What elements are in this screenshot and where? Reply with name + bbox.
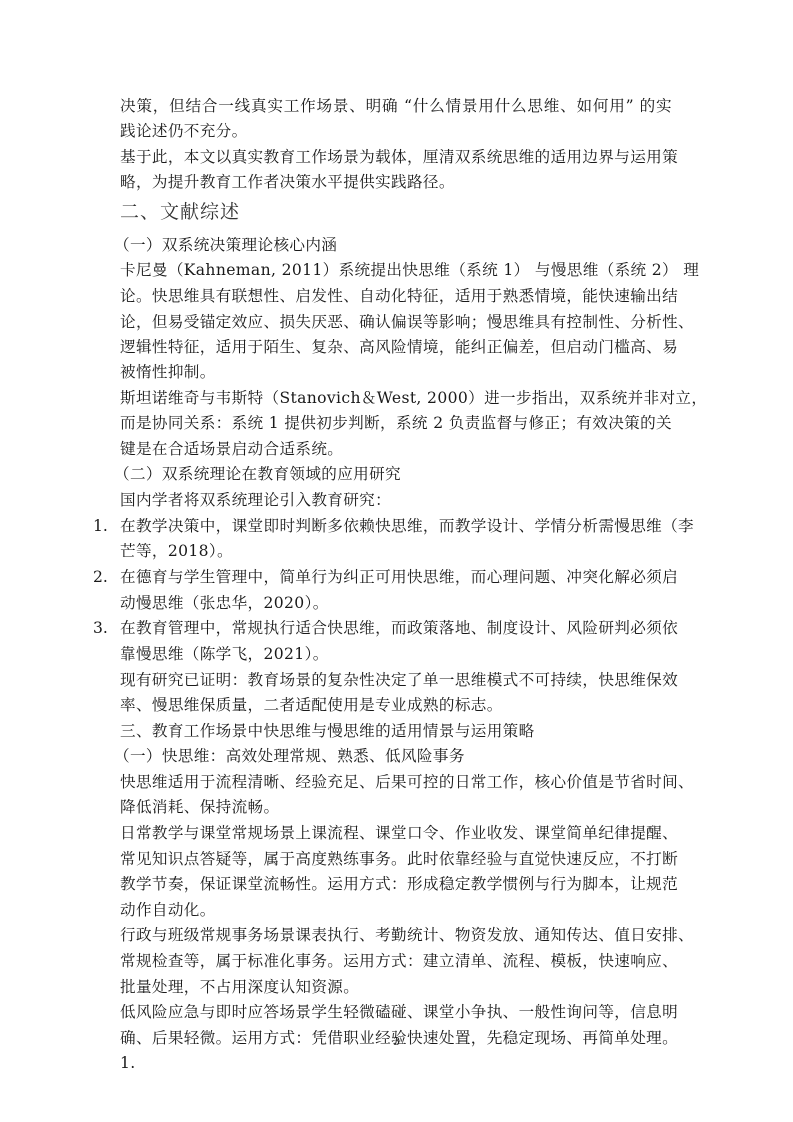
paragraph-line: 卡尼曼（Kahneman, 2011）系统提出快思维（系统 1） 与慢思维（系统… <box>120 260 672 280</box>
paragraph-line: 日常教学与课堂常规场景上课流程、课堂口令、作业收发、课堂简单纪律提醒、 <box>120 823 672 843</box>
paragraph-line: 逻辑性特征，适用于陌生、复杂、高风险情境，能纠正偏差，但启动门槛高、易 <box>120 337 672 357</box>
subsection-heading: （二）双系统理论在教育领域的应用研究 <box>114 464 666 484</box>
paragraph-line: 而是协同关系：系统 1 提供初步判断，系统 2 负责监督与修正；有效决策的关 <box>120 413 672 433</box>
document-page: 决策，但结合一线真实工作场景、明确 “什么情景用什么思维、如何用” 的实 践论述… <box>0 0 793 1122</box>
paragraph-line: 低风险应急与即时应答场景学生轻微磕碰、课堂小争执、一般性询问等，信息明 <box>120 1002 672 1022</box>
list-item-line: 在教育管理中，常规执行适合快思维，而政策落地、制度设计、风险研判必须依 <box>120 618 672 638</box>
paragraph-line: 略，为提升教育工作者决策水平提供实践路径。 <box>120 172 672 192</box>
paragraph-line: 国内学者将双系统理论引入教育研究： <box>120 490 672 510</box>
paragraph-line: 动作自动化。 <box>120 900 672 920</box>
list-number: 1. <box>93 516 108 536</box>
paragraph-line: 键是在合适场景启动合适系统。 <box>120 439 672 459</box>
list-item-line: 芒等，2018）。 <box>120 541 672 561</box>
paragraph-line: 快思维适用于流程清晰、经验充足、后果可控的日常工作，核心价值是节省时间、 <box>120 772 672 792</box>
list-item-line: 在教学决策中，课堂即时判断多依赖快思维，而教学设计、学情分析需慢思维（李 <box>120 516 672 536</box>
list-number: 3. <box>93 618 108 638</box>
page-number: 3 <box>0 1035 793 1048</box>
list-number: 2. <box>93 567 108 587</box>
paragraph-line: 被惰性抑制。 <box>120 362 672 382</box>
list-item-line: 动慢思维（张忠华，2020）。 <box>120 593 672 613</box>
subsection-heading: （一）双系统决策理论核心内涵 <box>114 235 666 255</box>
list-item-line: 靠慢思维（陈学飞，2021）。 <box>120 644 672 664</box>
paragraph-line: 基于此，本文以真实教育工作场景为载体，厘清双系统思维的适用边界与运用策 <box>120 147 672 167</box>
subsection-heading: （一）快思维：高效处理常规、熟悉、低风险事务 <box>114 746 666 766</box>
paragraph-line: 常见知识点答疑等，属于高度熟练事务。此时依靠经验与直觉快速反应，不打断 <box>120 849 672 869</box>
paragraph-line: 论，但易受锚定效应、损失厌恶、确认偏误等影响；慢思维具有控制性、分析性、 <box>120 312 672 332</box>
paragraph-line: 常规检查等，属于标准化事务。运用方式：建立清单、流程、模板，快速响应、 <box>120 951 672 971</box>
section-heading-literature-review: 二、文献综述 <box>120 200 240 224</box>
paragraph-line: 现有研究已证明：教育场景的复杂性决定了单一思维模式不可持续，快思维保效 <box>120 670 672 690</box>
paragraph-line: 1. <box>120 1053 672 1073</box>
paragraph-line: 践论述仍不充分。 <box>120 121 672 141</box>
paragraph-line: 斯坦诺维奇与韦斯特（Stanovich＆West, 2000）进一步指出，双系统… <box>120 388 672 408</box>
paragraph-line: 批量处理，不占用深度认知资源。 <box>120 977 672 997</box>
paragraph-line: 率、慢思维保质量，二者适配使用是专业成熟的标志。 <box>120 695 672 715</box>
paragraph-line: 行政与班级常规事务场景课表执行、考勤统计、物资发放、通知传达、值日安排、 <box>120 925 672 945</box>
paragraph-line: 论。快思维具有联想性、启发性、自动化特征，适用于熟悉情境，能快速输出结 <box>120 286 672 306</box>
list-item-line: 在德育与学生管理中，简单行为纠正可用快思维，而心理问题、冲突化解必须启 <box>120 567 672 587</box>
paragraph-line: 降低消耗、保持流畅。 <box>120 797 672 817</box>
section-heading-scenarios: 三、教育工作场景中快思维与慢思维的适用情景与运用策略 <box>120 721 672 741</box>
paragraph-line: 决策，但结合一线真实工作场景、明确 “什么情景用什么思维、如何用” 的实 <box>120 96 672 116</box>
paragraph-line: 教学节奏，保证课堂流畅性。运用方式：形成稳定教学惯例与行为脚本，让规范 <box>120 874 672 894</box>
